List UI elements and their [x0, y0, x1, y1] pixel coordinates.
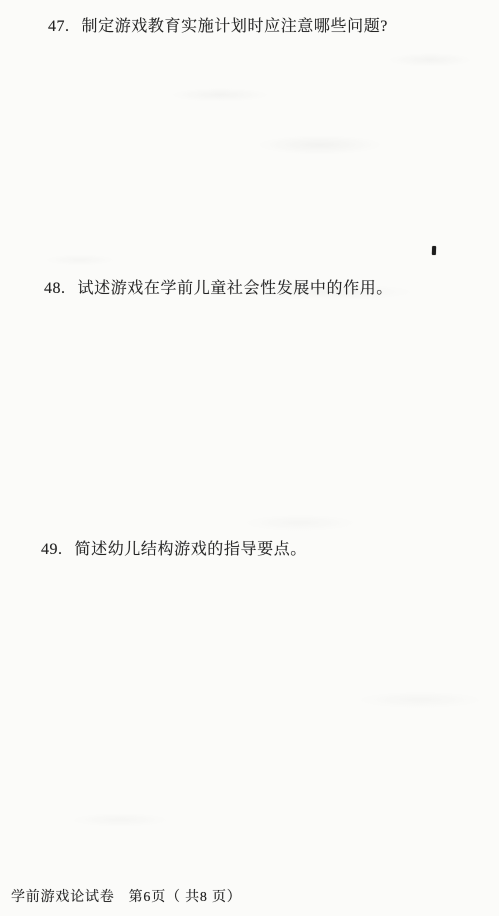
question-47-number: 47. — [48, 18, 70, 36]
question-48-text: 试述游戏在学前儿童社会性发展中的作用。 — [78, 275, 393, 298]
question-47: 47. 制定游戏教育实施计划时应注意哪些问题? — [48, 13, 388, 36]
question-49: 49. 简述幼儿结构游戏的指导要点。 — [41, 536, 307, 559]
ink-speck — [432, 246, 436, 255]
page-number-info: 第6页（ 共8 页） — [129, 886, 242, 906]
question-48-number: 48. — [44, 280, 66, 298]
question-47-text: 制定游戏教育实施计划时应注意哪些问题? — [82, 13, 389, 36]
question-49-number: 49. — [41, 541, 63, 559]
page-footer: 学前游戏论试卷 第6页（ 共8 页） — [11, 886, 242, 906]
question-49-text: 简述幼儿结构游戏的指导要点。 — [75, 536, 307, 559]
question-48: 48. 试述游戏在学前儿童社会性发展中的作用。 — [44, 275, 393, 298]
exam-paper-page: 47. 制定游戏教育实施计划时应注意哪些问题? 48. 试述游戏在学前儿童社会性… — [0, 0, 499, 916]
exam-title: 学前游戏论试卷 — [11, 886, 115, 906]
